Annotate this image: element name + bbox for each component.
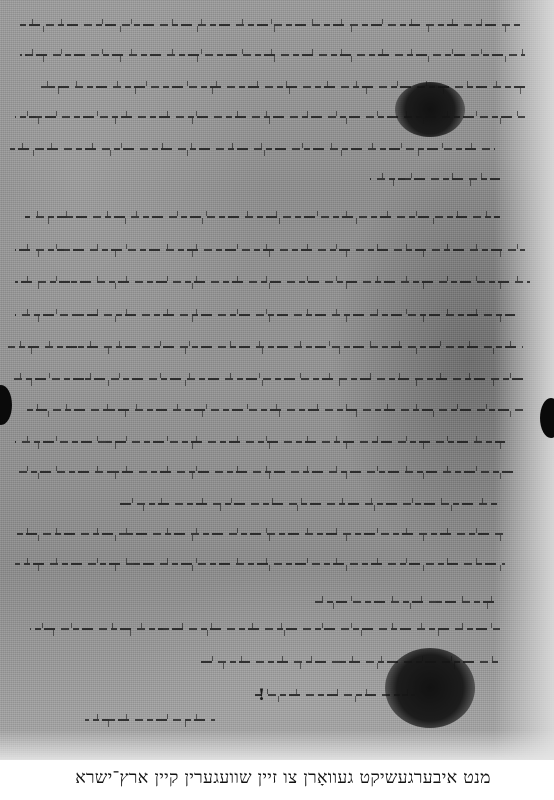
handwritten-line [10, 148, 495, 150]
handwritten-line [120, 503, 500, 505]
handwritten-line [15, 533, 505, 535]
handwritten-line [15, 314, 515, 316]
handwritten-line [15, 441, 505, 443]
handwritten-line [15, 249, 525, 251]
handwritten-line [200, 661, 500, 663]
handwritten-line [25, 216, 500, 218]
handwritten-line [20, 54, 525, 56]
handwritten-line [85, 719, 215, 721]
caption-text: מנט איבערגעשיקט געוואָרן צו זיין שוועגער… [75, 763, 491, 793]
punch-hole-left [0, 385, 12, 425]
handwritten-line [255, 694, 415, 696]
handwritten-line [15, 116, 525, 118]
handwritten-line [310, 601, 495, 603]
handwritten-line [15, 281, 530, 283]
handwritten-line [35, 86, 525, 88]
handwritten-line [25, 409, 525, 411]
exclamation-mark: ! [258, 685, 265, 704]
handwritten-line [8, 378, 523, 380]
handwritten-line [8, 346, 523, 348]
handwritten-line [15, 471, 515, 473]
handwritten-line [20, 24, 520, 26]
photo-bottom-fade [0, 730, 554, 760]
letter-photograph: ! [0, 0, 554, 760]
handwritten-line [370, 178, 500, 180]
handwritten-line [30, 628, 500, 630]
photo-caption: מנט איבערגעשיקט געוואָרן צו זיין שוועגער… [0, 763, 554, 793]
handwritten-line [15, 563, 505, 565]
